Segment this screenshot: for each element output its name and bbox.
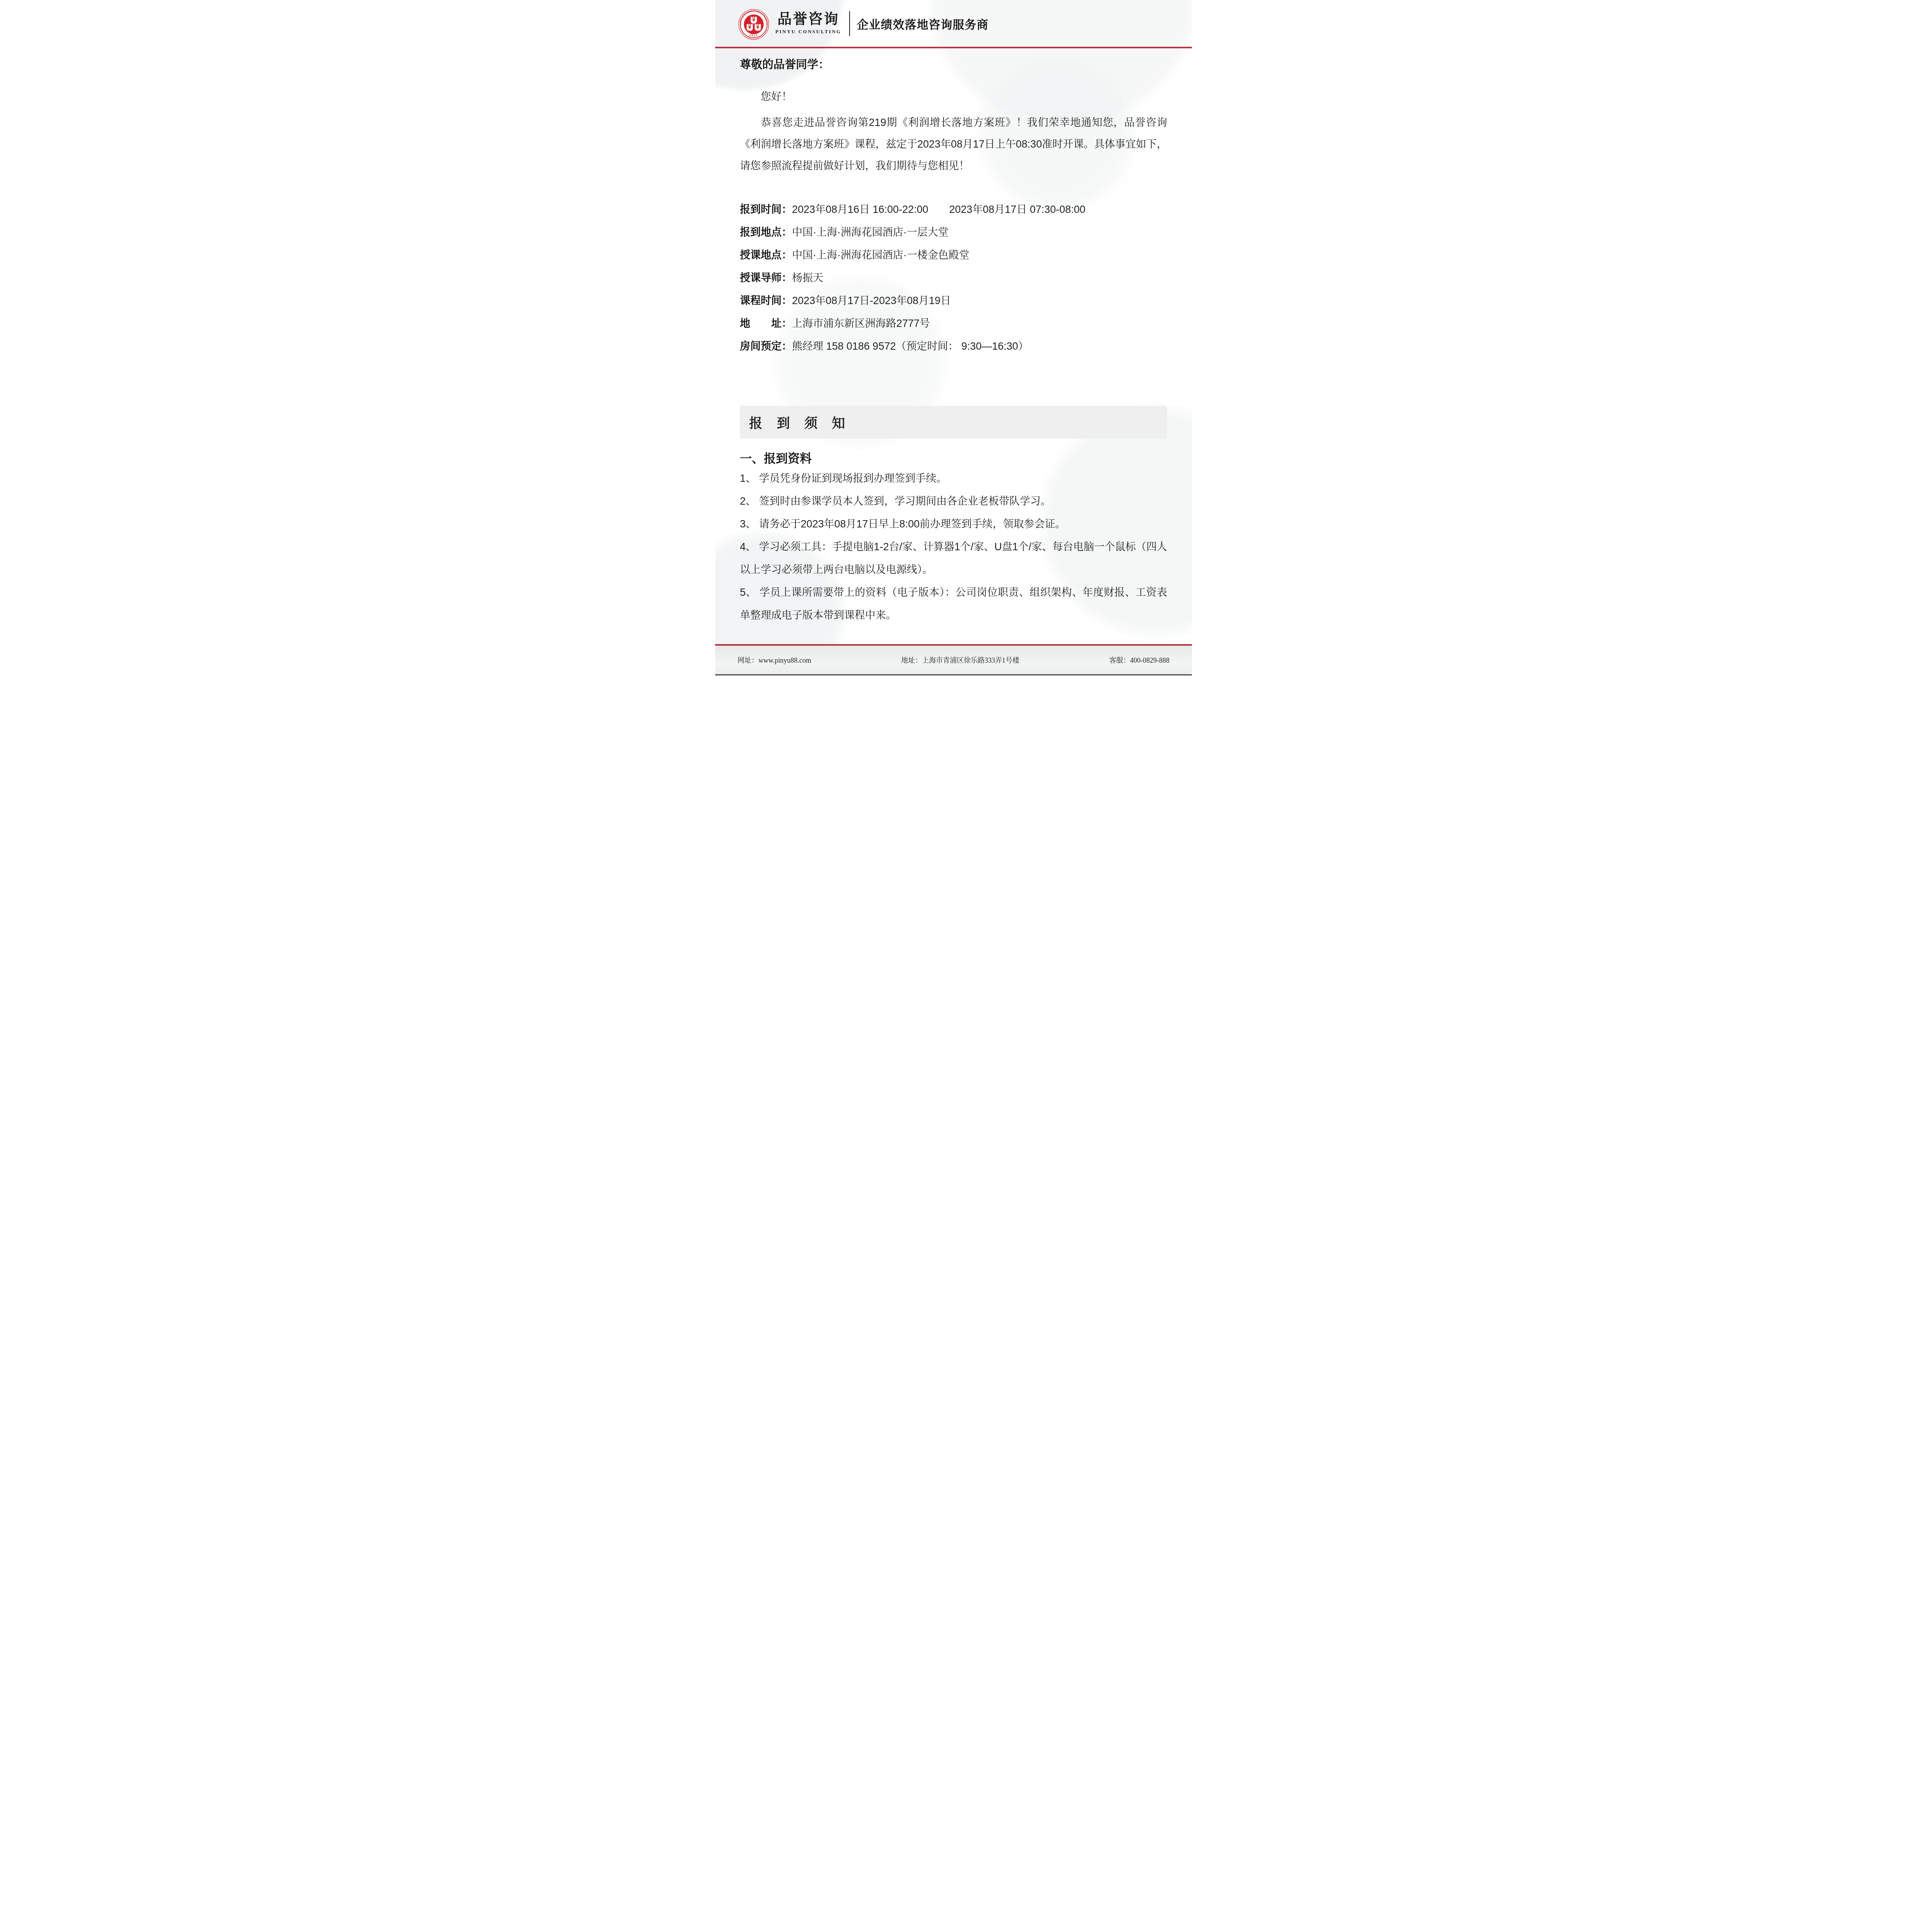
detail-label: 报到时间： [740,198,792,221]
detail-value: 2023年08月17日-2023年08月19日 [792,289,951,312]
detail-label: 课程时间： [740,289,792,312]
detail-label: 房间预定： [740,335,792,358]
detail-label: 报到地点： [740,221,792,244]
footer-website: 网址：www.pinyu88.com [738,655,811,665]
header: PINYU ENTERPRISE MANAGEMENT 2014 品誉咨询 PI… [715,0,1192,47]
footer-service-phone: 客服：400-0829-888 [1109,655,1169,665]
detail-value: 熊经理 158 0186 9572（预定时间： 9:30—16:30） [792,335,1028,358]
detail-label: 授课导师： [740,267,792,289]
salutation: 尊敬的品誉同学： [740,57,1167,73]
detail-label: 地 址： [740,312,792,335]
section-band: 报 到 须 知 [740,406,1167,439]
notice-list: 1、 学员凭身份证到现场报到办理签到手续。 2、 签到时由参课学员本人签到，学习… [740,467,1167,627]
brand-block: 品誉咨询 PINYU CONSULTING [775,12,841,35]
notice-item-5: 5、 学员上课所需要带上的资料（电子版本）：公司岗位职责、组织架构、年度财报、工… [740,581,1167,627]
detail-row-room-booking: 房间预定：熊经理 158 0186 9572（预定时间： 9:30—16:30） [740,335,1167,358]
section-title: 报 到 须 知 [749,413,850,432]
detail-value: 上海市浦东新区洲海路2777号 [792,312,930,335]
detail-row-course-dates: 课程时间：2023年08月17日-2023年08月19日 [740,289,1167,312]
page-bottom-edge [715,674,1192,675]
header-red-rule [715,47,1192,48]
course-details-list: 报到时间：2023年08月16日 16:00-22:00 2023年08月17日… [740,198,1167,358]
letter-content: 尊敬的品誉同学： 您好！ 恭喜您走进品誉咨询第219期《利润增长落地方案班》！我… [715,57,1192,627]
detail-label: 授课地点： [740,244,792,267]
notification-letter-page: PINYU ENTERPRISE MANAGEMENT 2014 品誉咨询 PI… [715,0,1192,675]
detail-row-checkin-place: 报到地点：中国·上海·洲海花园酒店·一层大堂 [740,221,1167,244]
detail-value: 中国·上海·洲海花园酒店·一楼金色殿堂 [792,244,969,267]
detail-row-checkin-time: 报到时间：2023年08月16日 16:00-22:00 2023年08月17日… [740,198,1167,221]
pinyu-seal-icon: PINYU ENTERPRISE MANAGEMENT 2014 [738,9,769,40]
notice-item-2: 2、 签到时由参课学员本人签到，学习期间由各企业老板带队学习。 [740,490,1167,513]
detail-value: 2023年08月16日 16:00-22:00 2023年08月17日 07:3… [792,198,1086,221]
detail-value: 杨振天 [792,267,823,289]
footer-address: 地址：上海市青浦区徐乐路333弄1号楼 [901,655,1019,665]
notice-item-4: 4、 学习必须工具：手提电脑1-2台/家、计算器1个/家、U盘1个/家、每台电脑… [740,536,1167,581]
detail-value: 中国·上海·洲海花园酒店·一层大堂 [792,221,948,244]
detail-row-instructor: 授课导师：杨振天 [740,267,1167,289]
brand-wordmark-en: PINYU CONSULTING [775,29,841,35]
detail-row-class-place: 授课地点：中国·上海·洲海花园酒店·一楼金色殿堂 [740,244,1167,267]
brand-wordmark: 品誉咨询 [777,12,839,27]
brand-tagline: 企业绩效落地咨询服务商 [857,15,989,32]
notice-item-3: 3、 请务必于2023年08月17日早上8:00前办理签到手续，领取参会证。 [740,513,1167,536]
brand-divider [849,11,850,36]
letter-body-paragraph: 恭喜您走进品誉咨询第219期《利润增长落地方案班》！我们荣幸地通知您，品誉咨询《… [740,112,1167,177]
notice-item-1: 1、 学员凭身份证到现场报到办理签到手续。 [740,467,1167,490]
footer: 网址：www.pinyu88.com 地址：上海市青浦区徐乐路333弄1号楼 客… [715,646,1192,674]
detail-row-address: 地 址：上海市浦东新区洲海路2777号 [740,312,1167,335]
greeting: 您好！ [740,88,1167,105]
subsection-title: 一、报到资料 [740,450,1167,467]
